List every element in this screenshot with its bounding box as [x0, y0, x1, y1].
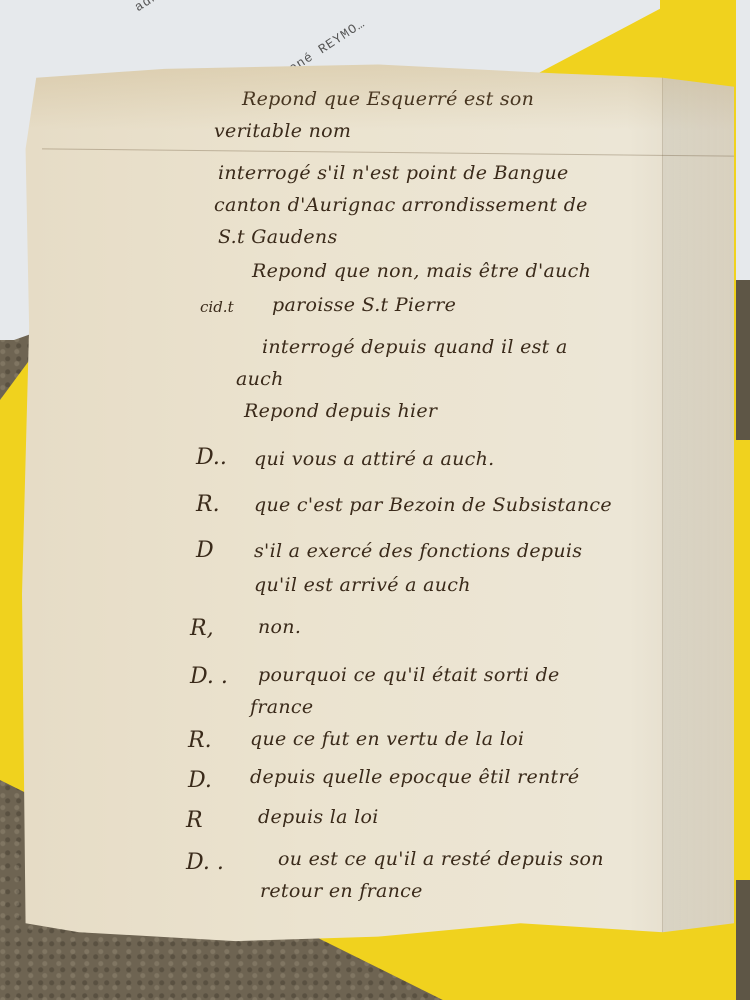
- right-edge-strip: [736, 0, 750, 1000]
- manuscript-line: que ce fut en vertu de la loi: [250, 728, 524, 750]
- manuscript-line: qui vous a attiré a auch.: [254, 448, 494, 470]
- margin-marker: D. .: [186, 850, 224, 875]
- manuscript-line: interrogé s'il n'est point de Bangue: [218, 162, 569, 184]
- margin-marker: cid.t: [200, 298, 234, 316]
- manuscript-line: qu'il est arrivé a auch: [254, 574, 471, 596]
- fold-crease: [42, 148, 734, 156]
- manuscript-line: depuis quelle epocque êtil rentré: [250, 766, 579, 788]
- margin-marker: R: [186, 808, 203, 833]
- manuscript-line: que c'est par Bezoin de Subsistance: [254, 494, 612, 516]
- manuscript-line: depuis la loi: [258, 806, 379, 828]
- manuscript-line: veritable nom: [214, 120, 351, 142]
- manuscript-line: ou est ce qu'il a resté depuis son: [278, 848, 604, 870]
- manuscript-line: S.t Gaudens: [218, 226, 338, 248]
- manuscript-line: pourquoi ce qu'il était sorti de: [258, 664, 560, 686]
- margin-marker: D. .: [190, 664, 228, 689]
- margin-marker: D..: [196, 445, 227, 470]
- manuscript-line: s'il a exercé des fonctions depuis: [254, 540, 582, 562]
- manuscript-line: Repond que non, mais être d'auch: [252, 260, 591, 282]
- manuscript-line: non.: [258, 616, 301, 638]
- margin-marker: R.: [188, 728, 212, 753]
- manuscript-line: auch: [236, 368, 284, 390]
- manuscript-line: Repond depuis hier: [244, 400, 437, 422]
- margin-marker: R.: [196, 492, 220, 517]
- manuscript-line: paroisse S.t Pierre: [272, 294, 456, 316]
- manuscript-line: canton d'Aurignac arrondissement de: [214, 194, 588, 216]
- manuscript-page: Repond que Esquerré est son veritable no…: [22, 60, 734, 950]
- margin-marker: D.: [188, 768, 212, 793]
- manuscript-line: interrogé depuis quand il est a: [262, 336, 568, 358]
- manuscript-line: retour en france: [260, 880, 423, 902]
- typed-text-line-1: adm…: [132, 0, 170, 15]
- margin-marker: R,: [190, 616, 214, 641]
- manuscript-line: france: [250, 696, 313, 718]
- margin-marker: D: [196, 538, 214, 563]
- manuscript-line: Repond que Esquerré est son: [242, 88, 534, 110]
